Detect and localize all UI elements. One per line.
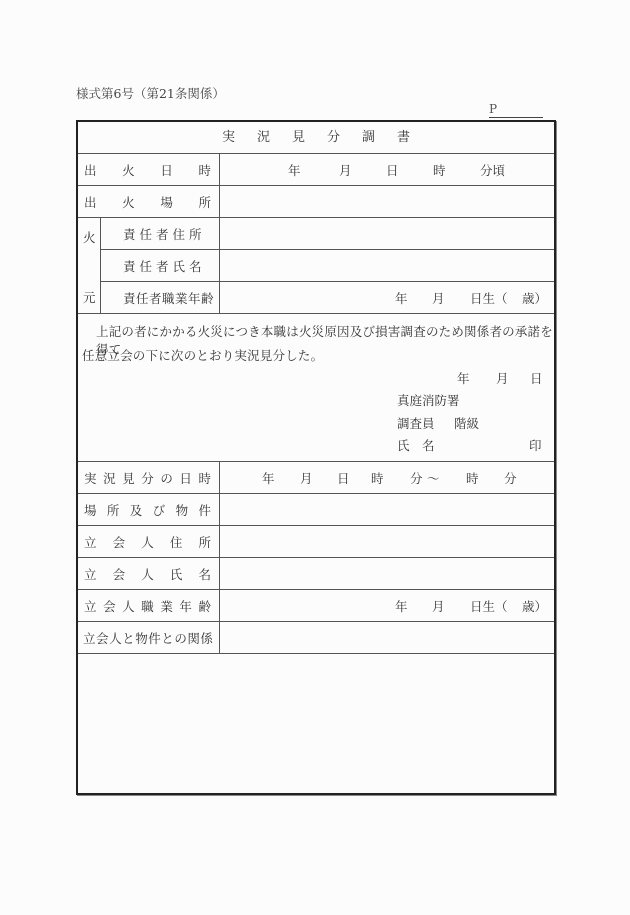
- row-witness-relation: 立 会 人 と 物 件 と の 関 係: [78, 622, 554, 654]
- statement-month-unit: 月: [496, 369, 509, 387]
- label-char: 会: [113, 533, 126, 551]
- label-char: 物: [176, 501, 189, 519]
- label-char: 物: [135, 629, 148, 647]
- label-char: 年: [179, 597, 192, 615]
- label-char: 会: [96, 629, 109, 647]
- form-number: 様式第6号（第21条関係）: [76, 84, 225, 102]
- label-witness-name: 立 会 人 氏 名: [78, 558, 220, 589]
- label-char: 氏: [170, 565, 183, 583]
- field-place-and-property[interactable]: [220, 494, 554, 525]
- label-char: 件: [198, 501, 211, 519]
- row-witness-name: 立 会 人 氏 名: [78, 558, 554, 590]
- birth-day-unit: 日生（: [470, 289, 508, 307]
- month-unit: 月: [339, 161, 352, 179]
- statement-day-unit: 日: [530, 369, 543, 387]
- statement-year-unit: 年: [457, 369, 470, 387]
- label-char: 会: [113, 565, 126, 583]
- label-inspection-datetime: 実 況 見 分 の 日 時: [78, 462, 220, 493]
- page-number-field[interactable]: P: [489, 103, 543, 118]
- label-char: 火: [122, 193, 135, 211]
- label-char: 日: [160, 161, 173, 179]
- field-fire-datetime[interactable]: 年 月 日 時 分頃: [220, 154, 554, 185]
- label-char: と: [122, 629, 135, 647]
- rank-label: 階級: [454, 414, 479, 432]
- label-place-and-property: 場 所 及 び 物 件: [78, 494, 220, 525]
- form-title: 実況見分調書: [78, 122, 554, 154]
- label-char: 人: [109, 629, 122, 647]
- label-char: 実: [84, 469, 97, 487]
- fire-origin-side-label: 火 元: [78, 218, 101, 313]
- label-char: 分: [141, 469, 154, 487]
- inspection-report-sheet: 実況見分調書 出 火 日 時 年 月 日 時 分頃 出 火 場 所 火 元: [76, 120, 556, 795]
- statement-block: 上記の者にかかる火災につき本職は火災原因及び損害調査のため関係者の承諾を得て 任…: [78, 314, 554, 462]
- notes-area[interactable]: [78, 654, 554, 793]
- label-char: 職: [141, 597, 154, 615]
- label-char: 関: [187, 629, 200, 647]
- label-fire-datetime: 出 火 日 時: [78, 154, 220, 185]
- field-responsible-address[interactable]: [220, 218, 554, 249]
- label-char: 人: [141, 565, 154, 583]
- minute2-unit: 分: [504, 469, 517, 487]
- label-char: 人: [141, 533, 154, 551]
- label-responsible-occupation-age: 責任者職業年齢: [101, 282, 220, 313]
- label-char: 見: [122, 469, 135, 487]
- row-responsible-address: 責任者住所: [101, 218, 554, 250]
- label-char: 立: [83, 629, 96, 647]
- label-char: 所: [107, 501, 120, 519]
- age-unit: 歳）: [522, 597, 547, 615]
- label-char: 立: [84, 597, 97, 615]
- row-inspection-datetime: 実 況 見 分 の 日 時 年 月 日 時 分 ～ 時 分: [78, 462, 554, 494]
- row-responsible-name: 責任者氏名: [101, 250, 554, 282]
- label-char: 日: [179, 469, 192, 487]
- label-char: 場: [160, 193, 173, 211]
- label-char: 況: [103, 469, 116, 487]
- label-fire-place: 出 火 場 所: [78, 186, 220, 217]
- hour-unit: 時: [371, 469, 384, 487]
- label-char: 件: [148, 629, 161, 647]
- year-unit: 年: [262, 469, 275, 487]
- label-char: 立: [84, 533, 97, 551]
- seal-mark: 印: [529, 436, 542, 454]
- fire-origin-block: 火 元 責任者住所 責任者氏名 責任者職業年齢 年 月 日生（ 歳）: [78, 218, 554, 314]
- label-char: の: [160, 469, 173, 487]
- field-witness-address[interactable]: [220, 526, 554, 557]
- investigator-label: 調査員: [397, 414, 435, 432]
- investigator-name-label: 氏 名: [397, 436, 435, 454]
- label-char: 業: [160, 597, 173, 615]
- label-char: 係: [200, 629, 213, 647]
- minute-unit: 分: [410, 469, 423, 487]
- label-char: 出: [84, 161, 97, 179]
- row-fire-place: 出 火 場 所: [78, 186, 554, 218]
- label-char: 所: [198, 193, 211, 211]
- label-char: び: [153, 501, 166, 519]
- page-label: P: [489, 102, 497, 116]
- month-unit: 月: [300, 469, 313, 487]
- birth-year-unit: 年: [395, 289, 408, 307]
- label-char: 人: [122, 597, 135, 615]
- label-witness-occupation-age: 立 会 人 職 業 年 齢: [78, 590, 220, 621]
- day-unit: 日: [386, 161, 399, 179]
- birth-day-unit: 日生（: [470, 597, 508, 615]
- label-char: 齢: [198, 597, 211, 615]
- label-char: 名: [198, 565, 211, 583]
- field-inspection-datetime[interactable]: 年 月 日 時 分 ～ 時 分: [220, 462, 554, 493]
- label-char: 火: [122, 161, 135, 179]
- age-unit: 歳）: [522, 289, 547, 307]
- label-witness-address: 立 会 人 住 所: [78, 526, 220, 557]
- label-char: 及: [130, 501, 143, 519]
- birth-year-unit: 年: [395, 597, 408, 615]
- label-char: の: [174, 629, 187, 647]
- year-unit: 年: [288, 161, 301, 179]
- label-char: 立: [84, 565, 97, 583]
- field-responsible-name[interactable]: [220, 250, 554, 281]
- hour-unit: 時: [433, 161, 446, 179]
- label-char: 住: [170, 533, 183, 551]
- row-responsible-occupation-age: 責任者職業年齢 年 月 日生（ 歳）: [101, 282, 554, 313]
- label-char: 場: [84, 501, 97, 519]
- field-witness-relation[interactable]: [220, 622, 554, 653]
- birth-month-unit: 月: [432, 289, 445, 307]
- field-responsible-occupation-age[interactable]: 年 月 日生（ 歳）: [220, 282, 554, 313]
- field-witness-name[interactable]: [220, 558, 554, 589]
- label-char: と: [161, 629, 174, 647]
- hour2-unit: 時: [466, 469, 479, 487]
- side-label-top: 火: [83, 228, 96, 246]
- side-label-bottom: 元: [83, 288, 96, 306]
- row-place-and-property: 場 所 及 び 物 件: [78, 494, 554, 526]
- label-char: 所: [198, 533, 211, 551]
- label-responsible-address: 責任者住所: [101, 218, 220, 249]
- statement-line-2: 任意立会の下に次のとおり実況見分した。: [82, 346, 323, 364]
- day-unit: 日: [337, 469, 350, 487]
- label-char: 時: [198, 469, 211, 487]
- fire-station-name: 真庭消防署: [397, 391, 460, 409]
- field-witness-occupation-age[interactable]: 年 月 日生（ 歳）: [220, 590, 554, 621]
- label-responsible-name: 責任者氏名: [101, 250, 220, 281]
- birth-month-unit: 月: [432, 597, 445, 615]
- tilde-separator: ～: [427, 469, 440, 487]
- field-fire-place[interactable]: [220, 186, 554, 217]
- row-fire-datetime: 出 火 日 時 年 月 日 時 分頃: [78, 154, 554, 186]
- label-witness-relation: 立 会 人 と 物 件 と の 関 係: [78, 622, 220, 653]
- row-witness-occupation-age: 立 会 人 職 業 年 齢 年 月 日生（ 歳）: [78, 590, 554, 622]
- label-char: 会: [103, 597, 116, 615]
- row-witness-address: 立 会 人 住 所: [78, 526, 554, 558]
- minute-unit: 分頃: [480, 161, 505, 179]
- label-char: 時: [198, 161, 211, 179]
- label-char: 出: [84, 193, 97, 211]
